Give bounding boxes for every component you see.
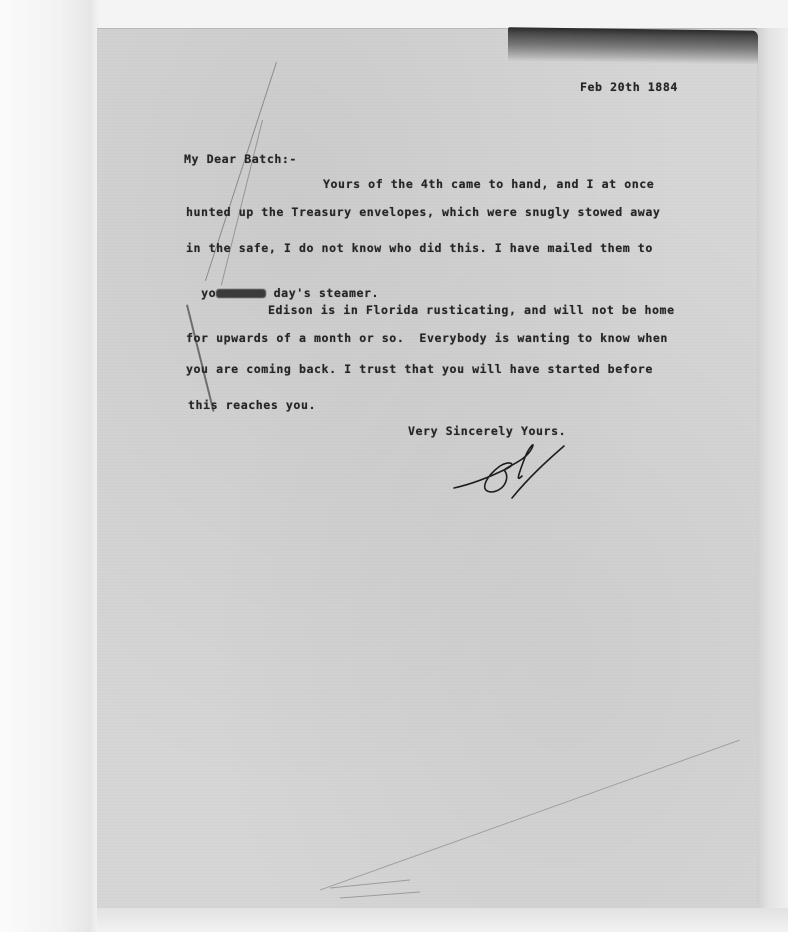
body-line: in the safe, I do not know who did this.… xyxy=(186,241,653,255)
body-line: yo day's steamer. xyxy=(186,272,379,300)
letter-date: Feb 20th 1884 xyxy=(580,80,678,94)
redacted-prefix: yo xyxy=(201,286,216,300)
body-line-continuation: day's steamer. xyxy=(274,286,379,300)
body-line: hunted up the Treasury envelopes, which … xyxy=(186,205,660,219)
body-line: Edison is in Florida rusticating, and wi… xyxy=(268,303,675,317)
signature xyxy=(452,440,572,500)
body-line: this reaches you. xyxy=(188,398,316,412)
body-line: for upwards of a month or so. Everybody … xyxy=(186,331,668,345)
paper-crease xyxy=(320,740,740,900)
body-line: you are coming back. I trust that you wi… xyxy=(186,362,653,376)
page-bottom-margin xyxy=(97,908,788,932)
ink-blot xyxy=(216,289,266,298)
scan-smudge xyxy=(508,27,758,64)
page-edge xyxy=(757,28,788,912)
body-line: Yours of the 4th came to hand, and I at … xyxy=(323,177,654,191)
letter-salutation: My Dear Batch:- xyxy=(184,152,297,166)
letter-closing: Very Sincerely Yours. xyxy=(408,424,566,438)
